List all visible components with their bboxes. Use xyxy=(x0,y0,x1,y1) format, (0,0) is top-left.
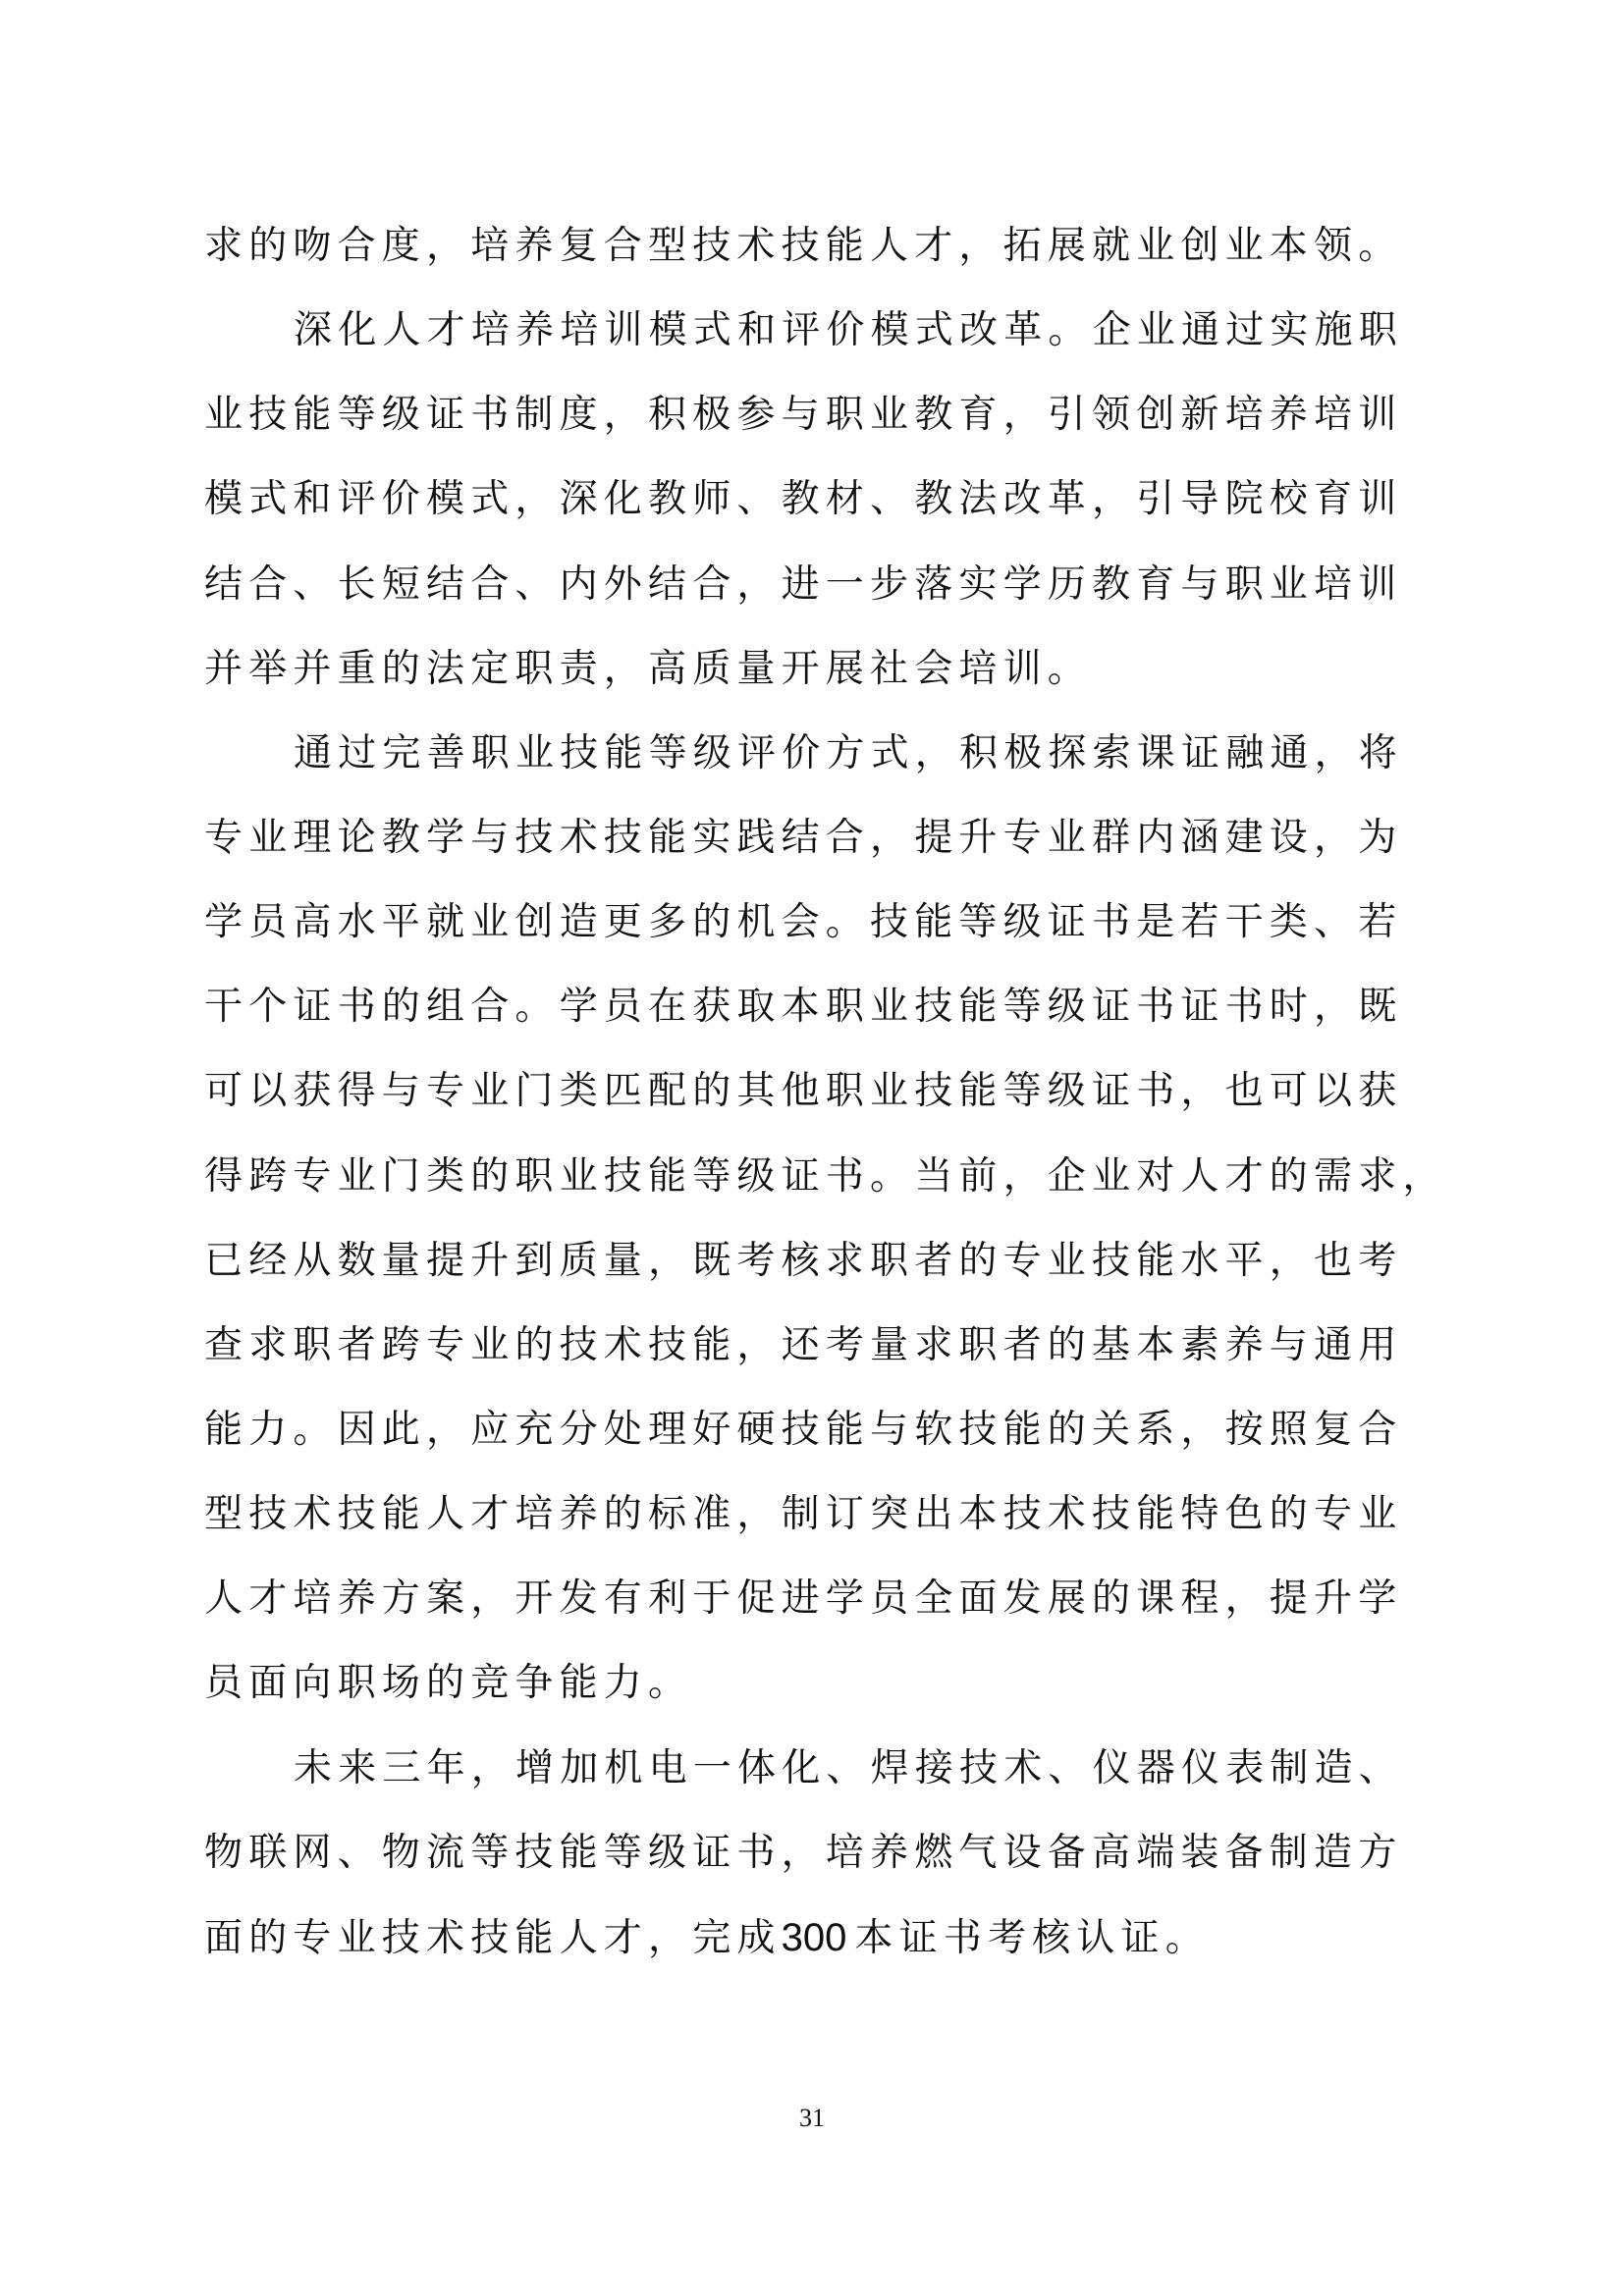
page-number: 31 xyxy=(0,2104,1624,2133)
paragraph-3-line-12: 员面向职场的竞争能力。 xyxy=(204,1661,1414,1745)
paragraph-3-line-9: 能力。因此，应充分处理好硬技能与软技能的关系，按照复合 xyxy=(204,1408,1414,1492)
paragraph-3-line-7: 已经从数量提升到质量，既考核求职者的专业技能水平，也考 xyxy=(204,1239,1414,1323)
paragraph-3-line-3: 学员高水平就业创造更多的机会。技能等级证书是若干类、若 xyxy=(204,900,1414,985)
paragraph-1-line-1: 求的吻合度，培养复合型技术技能人才，拓展就业创业本领。 xyxy=(204,224,1414,308)
paragraph-3-line-11: 人才培养方案，开发有利于促进学员全面发展的课程，提升学 xyxy=(204,1576,1414,1661)
paragraph-2-line-4: 结合、长短结合、内外结合，进一步落实学历教育与职业培训 xyxy=(204,562,1414,647)
paragraph-3-line-5: 可以获得与专业门类匹配的其他职业技能等级证书，也可以获 xyxy=(204,1069,1414,1153)
paragraph-2-line-3: 模式和评价模式，深化教师、教材、教法改革，引导院校育训 xyxy=(204,477,1414,561)
paragraph-3-line-6: 得跨专业门类的职业技能等级证书。当前，企业对人才的需求， xyxy=(204,1154,1414,1239)
document-page: 求的吻合度，培养复合型技术技能人才，拓展就业创业本领。 深化人才培养培训模式和评… xyxy=(0,0,1624,2296)
paragraph-3-line-1: 通过完善职业技能等级评价方式，积极探索课证融通，将 xyxy=(204,731,1414,816)
paragraph-2-line-5: 并举并重的法定职责，高质量开展社会培训。 xyxy=(204,647,1414,731)
body-text: 求的吻合度，培养复合型技术技能人才，拓展就业创业本领。 深化人才培养培训模式和评… xyxy=(204,224,1414,2000)
paragraph-2-line-2: 业技能等级证书制度，积极参与职业教育，引领创新培养培训 xyxy=(204,393,1414,477)
paragraph-4-line-1: 未来三年，增加机电一体化、焊接技术、仪器仪表制造、 xyxy=(204,1746,1414,1831)
paragraph-4-line-3: 面的专业技术技能人才，完成300本证书考核认证。 xyxy=(204,1915,1414,2000)
paragraph-2-line-1: 深化人才培养培训模式和评价模式改革。企业通过实施职 xyxy=(204,308,1414,393)
paragraph-3-line-2: 专业理论教学与技术技能实践结合，提升专业群内涵建设，为 xyxy=(204,816,1414,900)
paragraph-4-line-3-text-before: 面的专业技术技能人才，完成 xyxy=(204,1916,782,1960)
paragraph-4-line-2: 物联网、物流等技能等级证书，培养燃气设备高端装备制造方 xyxy=(204,1831,1414,1915)
certificate-count: 300 xyxy=(782,1916,847,1959)
paragraph-3-line-8: 查求职者跨专业的技术技能，还考量求职者的基本素养与通用 xyxy=(204,1323,1414,1408)
paragraph-4-line-3-text-after: 本证书考核认证。 xyxy=(854,1916,1210,1960)
paragraph-3-line-10: 型技术技能人才培养的标准，制订突出本技术技能特色的专业 xyxy=(204,1492,1414,1576)
paragraph-3-line-4: 干个证书的组合。学员在获取本职业技能等级证书证书时，既 xyxy=(204,985,1414,1069)
